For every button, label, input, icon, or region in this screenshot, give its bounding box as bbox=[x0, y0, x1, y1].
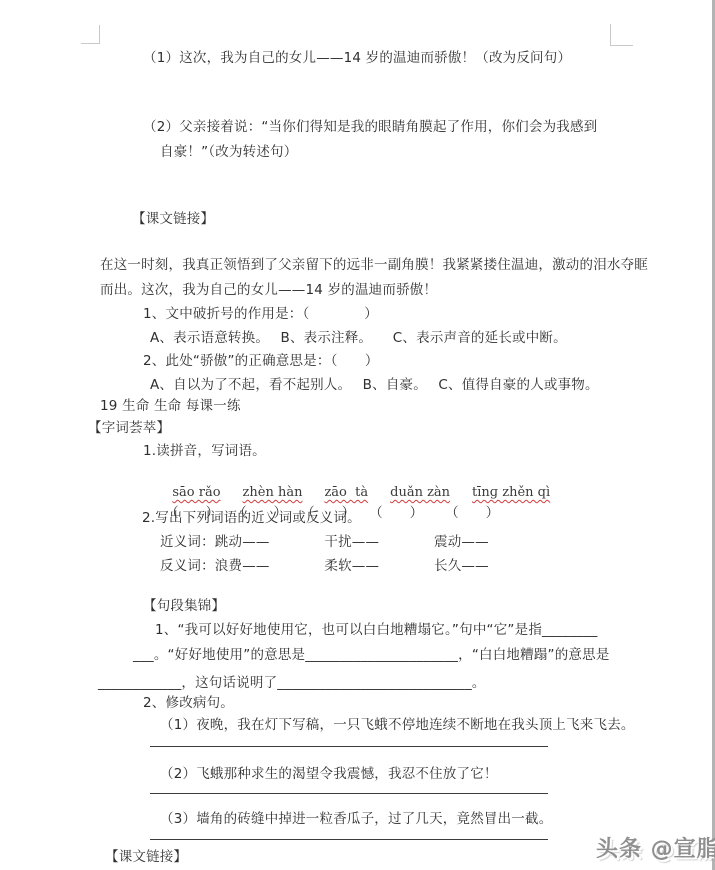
vocab-section-heading: 【字词荟萃】 bbox=[88, 420, 170, 437]
sentence-section-heading: 【句段集锦】 bbox=[143, 598, 225, 615]
fix-sentence-heading: 2、修改病句。 bbox=[143, 695, 234, 712]
rewrite-question-2-line2: 自豪！”（改为转述句） bbox=[160, 144, 297, 161]
lesson-title: 19 生命 生命 每课一练 bbox=[100, 398, 241, 415]
fix-sentence-item2: （2）飞蛾那种求生的渴望令我震憾，我忍不住放了它！ bbox=[160, 766, 498, 783]
pinyin-instruction: 1.读拼音，写词语。 bbox=[143, 443, 266, 460]
crop-mark-top-right-horizontal bbox=[610, 45, 633, 46]
answer-line-1 bbox=[150, 746, 548, 747]
worksheet-page: （1）这次，我为自己的女儿——14 岁的温迪而骄傲！（改为反问句） （2）父亲接… bbox=[0, 0, 715, 870]
rewrite-question-1: （1）这次，我为自己的女儿——14 岁的温迪而骄傲！（改为反问句） bbox=[143, 50, 571, 67]
antonym-row: 反义词：浪费—— 柔软—— 长久—— bbox=[160, 558, 489, 575]
answer-blank-4: （ ） bbox=[369, 501, 423, 521]
text-link-heading-bottom: 【课文链接】 bbox=[105, 849, 187, 866]
answer-blank-5: （ ） bbox=[445, 501, 499, 521]
fix-sentence-item3: （3）墙角的砖缝中掉进一粒香瓜子，过了几天，竟然冒出一截。 bbox=[160, 811, 552, 828]
fix-sentence-item1: （1）夜晚，我在灯下写稿，一只飞蛾不停地连续不断地在我头顶上飞来飞去。 bbox=[160, 717, 635, 734]
crop-mark-top-left-vertical bbox=[99, 25, 100, 43]
sentence-q1-line1: 1、“我可以好好地使用它，也可以白白地糟塌它。”句中“它”是指________ bbox=[155, 622, 598, 639]
passage-line-2: 而出。这次，我为自己的女儿——14 岁的温迪而骄傲！ bbox=[100, 282, 437, 299]
toutiao-watermark: 头条 @宣脂 bbox=[596, 832, 715, 863]
dash-usage-question: 1、文中破折号的作用是：（ ） bbox=[143, 306, 378, 323]
proud-meaning-options: A、自以为了不起，看不起别人。 B、自豪。 C、值得自豪的人或事物。 bbox=[150, 377, 599, 394]
dash-usage-options: A、表示语意转换。 B、表示注释。 C、表示声音的延长或中断。 bbox=[150, 330, 567, 347]
crop-mark-top-right-vertical bbox=[610, 24, 611, 45]
rewrite-question-2-line1: （2）父亲接着说：“当你们得知是我的眼睛角膜起了作用，你们会为我感到 bbox=[143, 119, 597, 136]
synonym-row: 近义词：跳动—— 干扰—— 震动—— bbox=[160, 534, 489, 551]
synonym-instruction: 2.写出下列词语的近义词或反义词。 bbox=[142, 510, 361, 527]
passage-line-1: 在这一时刻，我真正领悟到了父亲留下的远非一副角膜！我紧紧搂住温迪，激动的泪水夺眶 bbox=[100, 257, 648, 274]
crop-mark-top-left-horizontal bbox=[81, 43, 100, 44]
answer-line-3 bbox=[150, 839, 548, 840]
answer-line-2 bbox=[150, 793, 548, 794]
text-link-heading-top: 【课文链接】 bbox=[132, 211, 214, 228]
proud-meaning-question: 2、此处“骄傲”的正确意思是：（ ） bbox=[143, 353, 379, 370]
sentence-q1-line2: ___。“好好地使用”的意思是______________________，“白… bbox=[133, 647, 610, 664]
sentence-q1-line3: ____________，这句话说明了_____________________… bbox=[98, 675, 486, 692]
